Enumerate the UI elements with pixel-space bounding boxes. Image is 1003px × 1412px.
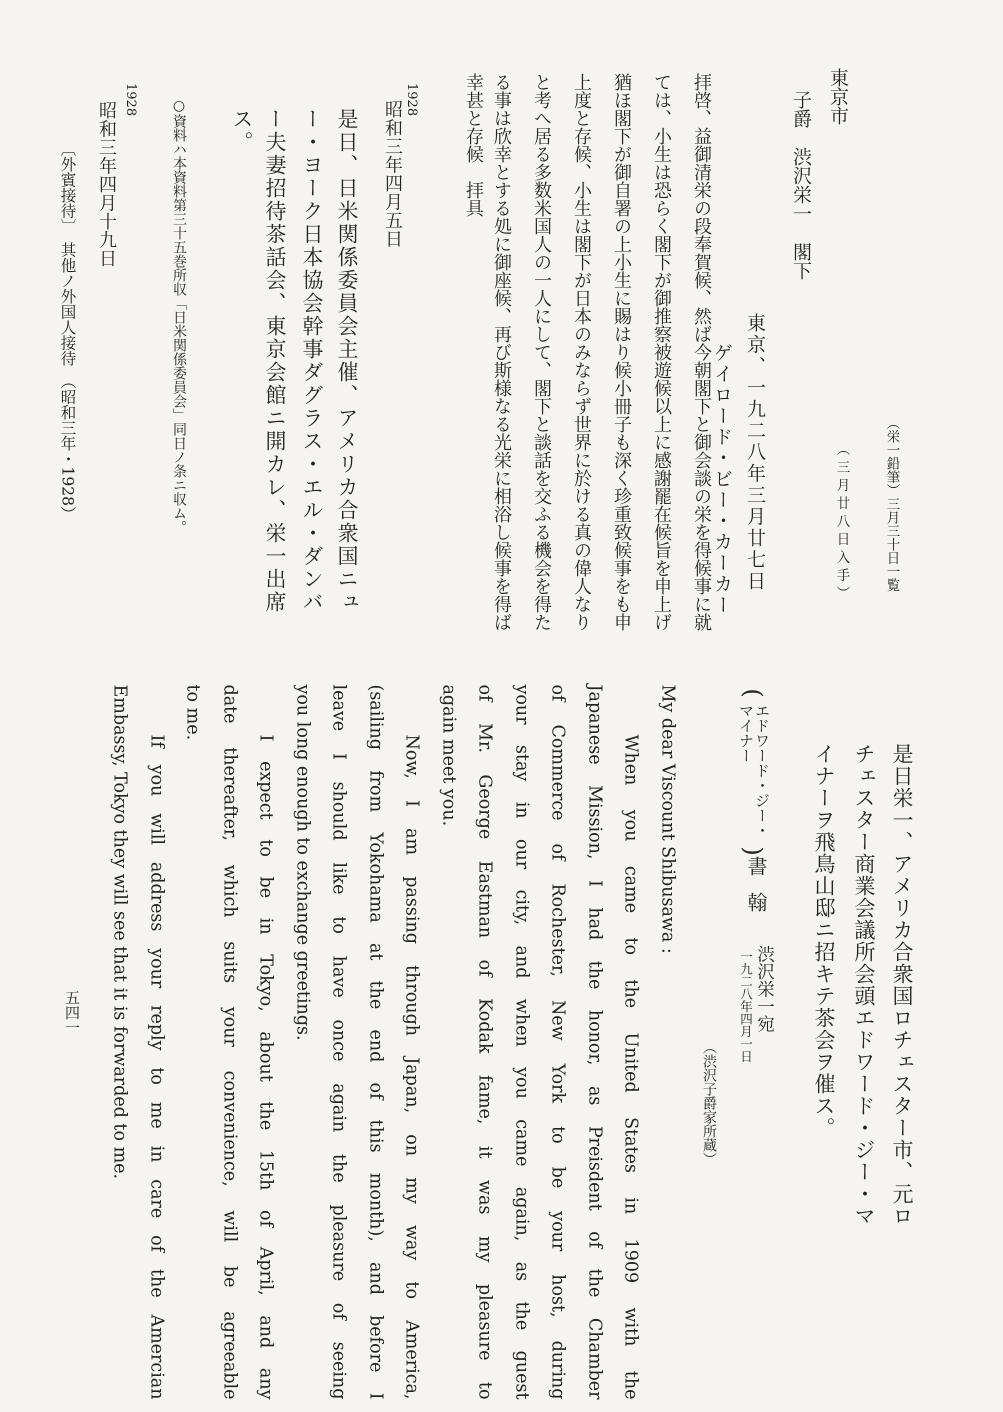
- entry-april1-line: イナーヲ飛鳥山邸ニ招キテ茶会ヲ催ス。: [813, 743, 834, 1139]
- english-line: of Commerce of Rochester, New York to be…: [540, 685, 577, 1400]
- letter-date-label: 一九二八年四月一日: [739, 950, 752, 1063]
- english-line: When you came to the United States in 19…: [613, 685, 650, 1400]
- english-line: you long enough to exchange greetings.: [284, 685, 321, 1400]
- letter-body-line: 幸甚と存候 拝具: [464, 73, 482, 217]
- english-line: If you will address your reply to me in …: [138, 685, 175, 1400]
- scanned-book-page: 東京市 子爵 渋沢栄一 閣下 （栄一鉛筆）三月三十日一覧 （三月廿八日入手） 東…: [0, 0, 1003, 1412]
- letter-annotation-pencil: （栄一鉛筆）三月三十日一覧: [884, 416, 898, 592]
- entry-april5-line: ス。: [231, 108, 252, 154]
- letter-body-line: と考へ居る多数米国人の一人にして、閣下と談話を交ふる機会を得た: [532, 73, 550, 631]
- entry-date-april19: 昭和三年四月十九日: [97, 101, 115, 268]
- english-line: leave I should like to have once again t…: [321, 685, 358, 1400]
- english-line: Japanese Mission, I had the honor, as Pr…: [576, 685, 613, 1400]
- letter-signature: ゲイロード・ビー・カーカー: [712, 343, 731, 616]
- english-line: your stay in our city, and when you came…: [503, 685, 540, 1400]
- english-line: to me.: [175, 685, 212, 1400]
- letter-body-line: 猶ほ閣下が御自署の上小生に賜はり候小冊子も深く珍重致候事をも申: [612, 73, 630, 631]
- english-line: My dear Viscount Shibusawa :: [649, 685, 686, 1400]
- addressee-label: 渋沢栄一宛: [755, 945, 773, 1033]
- provenance-label: （渋沢子爵家所蔵）: [702, 1040, 716, 1166]
- entry-april5-note: ○資料ハ本資料第三十五巻所収「日米関係委員会」同日ノ条ニ収ム。: [172, 98, 186, 534]
- letter-date-place: 東京、一九二八年三月廿七日: [745, 313, 764, 593]
- entry-april1-line: チェスター商業会議所会頭エドワード・ジー・マ: [853, 743, 874, 1227]
- entry-date-april5: 昭和三年四月五日: [383, 100, 401, 248]
- letter-body-line: る事は欣幸とする処に御座候、再び斯様なる光栄に相浴し候事を得ば: [492, 73, 510, 631]
- english-letter-block: My dear Viscount Shibusawa : When you ca…: [102, 685, 686, 1400]
- section-header-column: 〔外賓接待〕 其他ノ外国人接待 （昭和三年・1928）: [59, 141, 75, 521]
- letter-address-city: 東京市: [828, 68, 847, 125]
- letter-annotation-received: （三月廿八日入手）: [834, 442, 848, 604]
- entry-year-april5: 1928: [405, 83, 418, 116]
- sender-name-line: マイナー: [738, 703, 753, 763]
- sender-name-line: エドワード・ジー・: [754, 703, 769, 838]
- page-number: 五四一: [64, 990, 79, 1035]
- english-line: (sailing from Yokohama at the end of thi…: [357, 685, 394, 1400]
- document-type-label: 書翰: [746, 856, 766, 928]
- entry-april5-line: ー・ヨーク日本協会幹事ダグラス・エル・ダンバ: [301, 108, 322, 614]
- entry-april1-line: 是日栄一、アメリカ合衆国ロチェスター市、元ロ: [891, 743, 912, 1227]
- english-line: I expect to be in Tokyo, about the 15th …: [248, 685, 285, 1400]
- entry-april5-line: ー夫妻招待茶話会、東京会館ニ開カレ、栄一出席: [264, 108, 285, 614]
- english-line: again meet you.: [430, 685, 467, 1400]
- english-line: Embassy, Tokyo they will see that it is …: [102, 685, 139, 1400]
- letter-body-line: ては、小生は恐らく閣下が御推察被遊候以上に感謝罷在候旨を申上げ: [652, 73, 670, 631]
- letter-body-line: 拝啓、益御清栄の段奉賀候、然ば今朝閣下と御会談の栄を得候事に就: [692, 73, 710, 631]
- english-line: Now, I am passing through Japan, on my w…: [394, 685, 431, 1400]
- letter-address-recipient: 子爵 渋沢栄一 閣下: [791, 90, 810, 280]
- english-line: of Mr. George Eastman of Kodak fame, it …: [467, 685, 504, 1400]
- letter-body-line: 上度と存候、小生は閣下が日本のみならず世界に於ける真の偉人なり: [572, 73, 590, 631]
- entry-year-april19: 1928: [124, 83, 137, 116]
- entry-april5-line: 是日、日米関係委員会主催、アメリカ合衆国ニュ: [336, 108, 357, 614]
- english-line: date thereafter, which suits your conven…: [211, 685, 248, 1400]
